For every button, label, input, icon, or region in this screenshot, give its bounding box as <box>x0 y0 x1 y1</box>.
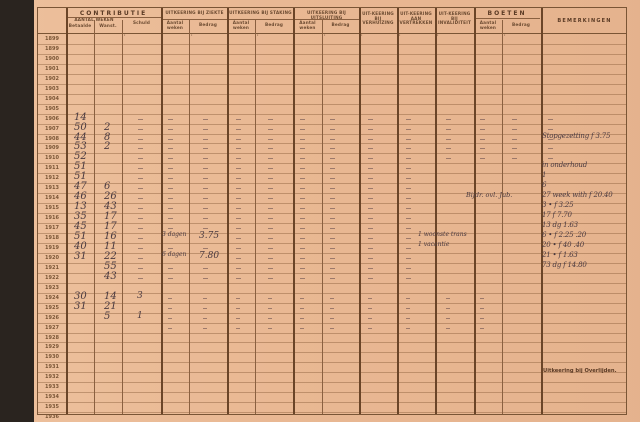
row-rule <box>38 153 626 154</box>
nil-dash <box>236 228 241 229</box>
entry-ziekte-aantal: 6 dagen <box>162 251 186 258</box>
tick-mark: ˈ <box>504 34 506 41</box>
nil-dash <box>330 178 335 179</box>
column-rule <box>161 8 163 414</box>
nil-dash <box>446 158 451 159</box>
nil-dash <box>138 238 143 239</box>
nil-dash <box>138 139 143 140</box>
year-label: 1920 <box>38 255 66 261</box>
nil-dash <box>268 188 273 189</box>
nil-dash <box>236 208 241 209</box>
row-rule <box>38 263 626 264</box>
row-rule <box>38 412 626 413</box>
row-rule <box>38 342 626 343</box>
nil-dash <box>330 218 335 219</box>
row-rule <box>38 124 626 125</box>
year-label: 1918 <box>38 235 66 241</box>
row-rule <box>38 163 626 164</box>
nil-dash <box>406 328 410 329</box>
column-rule <box>293 8 295 414</box>
nil-dash <box>330 268 335 269</box>
year-label: 1910 <box>38 155 66 161</box>
nil-dash <box>168 228 173 229</box>
nil-dash <box>138 158 143 159</box>
nil-dash <box>236 238 241 239</box>
column-rule <box>122 20 123 414</box>
row-rule <box>38 273 626 274</box>
nil-dash <box>268 318 272 319</box>
entry-wanst: 2 <box>104 141 110 152</box>
nil-dash <box>406 218 411 219</box>
year-label: 1903 <box>38 86 66 92</box>
entry-wanst: 5 <box>104 311 110 322</box>
nil-dash <box>300 238 305 239</box>
header-ziekte-aantal: Aantal weken <box>161 21 189 30</box>
nil-dash <box>368 158 373 159</box>
nil-dash <box>300 268 305 269</box>
nil-dash <box>268 218 273 219</box>
entry-schuld: 1 <box>137 311 143 321</box>
row-rule <box>38 44 626 45</box>
row-rule <box>38 313 626 314</box>
year-label: 1919 <box>38 245 66 251</box>
nil-dash <box>406 178 411 179</box>
nil-dash <box>300 278 305 279</box>
nil-dash <box>168 298 172 299</box>
row-rule <box>38 243 626 244</box>
nil-dash <box>406 129 411 130</box>
year-label: 1932 <box>38 374 66 380</box>
year-label: 1899 <box>38 36 66 42</box>
year-label: 1925 <box>38 305 66 311</box>
year-label: 1915 <box>38 205 66 211</box>
nil-dash <box>203 129 208 130</box>
nil-dash <box>368 218 373 219</box>
ledger-table: CONTRIBUTIE AANTAL WEKEN Betaalde Wanst.… <box>37 7 627 415</box>
nil-dash <box>330 188 335 189</box>
nil-dash <box>203 218 208 219</box>
row-rule <box>38 402 626 403</box>
rule <box>161 19 227 20</box>
nil-dash <box>268 258 273 259</box>
year-label: 1914 <box>38 195 66 201</box>
nil-dash <box>168 168 173 169</box>
nil-dash <box>168 198 173 199</box>
year-label: 1912 <box>38 175 66 181</box>
nil-dash <box>168 218 173 219</box>
nil-dash <box>236 318 240 319</box>
nil-dash <box>368 318 372 319</box>
nil-dash <box>300 129 305 130</box>
nil-dash <box>446 148 451 149</box>
row-rule <box>38 303 626 304</box>
nil-dash <box>268 228 273 229</box>
nil-dash <box>236 248 241 249</box>
nil-dash <box>203 148 208 149</box>
nil-dash <box>203 228 208 229</box>
entry-bemerkingen: 20 • f 40 .40 <box>542 241 584 249</box>
nil-dash <box>268 198 273 199</box>
nil-dash <box>368 228 373 229</box>
nil-dash <box>138 148 143 149</box>
nil-dash <box>300 248 305 249</box>
nil-dash <box>268 119 273 120</box>
nil-dash <box>268 308 272 309</box>
nil-dash <box>548 129 553 130</box>
nil-dash <box>203 268 208 269</box>
year-label: 1930 <box>38 354 66 360</box>
row-rule <box>38 283 626 284</box>
nil-dash <box>268 278 273 279</box>
entry-bemerkingen: 6 <box>542 181 546 189</box>
nil-dash <box>168 248 173 249</box>
nil-dash <box>236 139 241 140</box>
header-staking-bedrag: Bedrag <box>255 23 293 28</box>
nil-dash <box>406 168 411 169</box>
nil-dash <box>236 258 241 259</box>
entry-betaalde: 31 <box>74 301 87 312</box>
tick-mark: ˈ <box>191 34 193 41</box>
row-rule <box>38 382 626 383</box>
nil-dash <box>203 328 207 329</box>
nil-dash <box>330 168 335 169</box>
nil-dash <box>300 258 305 259</box>
nil-dash <box>368 178 373 179</box>
entry-bemerkingen: 6 • f 2.25 .20 <box>542 231 586 239</box>
nil-dash <box>480 308 484 309</box>
row-rule <box>38 104 626 105</box>
nil-dash <box>446 139 451 140</box>
nil-dash <box>300 308 304 309</box>
nil-dash <box>512 158 517 159</box>
nil-dash <box>236 168 241 169</box>
row-rule <box>38 213 626 214</box>
nil-dash <box>406 258 411 259</box>
nil-dash <box>236 148 241 149</box>
column-rule <box>66 8 68 414</box>
row-rule <box>38 84 626 85</box>
nil-dash <box>138 248 143 249</box>
year-label: 1921 <box>38 265 66 271</box>
nil-dash <box>138 198 143 199</box>
entry-bemerkingen: 17 f 7.70 <box>542 211 572 219</box>
year-label: 1900 <box>38 56 66 62</box>
nil-dash <box>330 248 335 249</box>
header-wanst: Wanst. <box>94 24 122 29</box>
entry-ziekte-bedrag: 7.80 <box>199 251 219 261</box>
nil-dash <box>406 139 411 140</box>
nil-dash <box>406 148 411 149</box>
nil-dash <box>406 278 411 279</box>
nil-dash <box>168 268 173 269</box>
nil-dash <box>138 129 143 130</box>
year-label: 1928 <box>38 335 66 341</box>
year-label: 1905 <box>38 106 66 112</box>
nil-dash <box>330 139 335 140</box>
nil-dash <box>236 278 241 279</box>
nil-dash <box>203 139 208 140</box>
entry-vertrek-note: 1 vacantie <box>418 241 449 248</box>
nil-dash <box>406 268 411 269</box>
year-label: 1936 <box>38 414 66 420</box>
entry-ziekte-bedrag: 3.75 <box>199 231 219 241</box>
nil-dash <box>138 119 143 120</box>
nil-dash <box>406 308 410 309</box>
nil-dash <box>300 158 305 159</box>
year-label: 1922 <box>38 275 66 281</box>
row-rule <box>38 54 626 55</box>
nil-dash <box>300 139 305 140</box>
nil-dash <box>330 119 335 120</box>
row-rule <box>38 143 626 144</box>
nil-dash <box>168 278 173 279</box>
entry-bemerkingen: 73 dg f 14.80 <box>542 261 587 269</box>
nil-dash <box>236 129 241 130</box>
nil-dash <box>268 248 273 249</box>
year-label: 1906 <box>38 116 66 122</box>
entry-bemerkingen: 27 week with f 20.40 <box>542 191 613 199</box>
year-label: 1916 <box>38 215 66 221</box>
nil-dash <box>168 188 173 189</box>
nil-dash <box>138 258 143 259</box>
nil-dash <box>406 248 411 249</box>
nil-dash <box>446 328 450 329</box>
nil-dash <box>300 228 305 229</box>
nil-dash <box>138 178 143 179</box>
nil-dash <box>168 129 173 130</box>
nil-dash <box>203 278 208 279</box>
nil-dash <box>330 318 334 319</box>
nil-dash <box>203 178 208 179</box>
row-rule <box>38 64 626 65</box>
nil-dash <box>203 168 208 169</box>
year-label: 1913 <box>38 185 66 191</box>
rule <box>293 19 359 20</box>
nil-dash <box>406 198 411 199</box>
nil-dash <box>330 328 334 329</box>
nil-dash <box>300 208 305 209</box>
nil-dash <box>406 228 411 229</box>
header-boeten-aantal: Aantal weken <box>474 21 502 30</box>
year-label: 1923 <box>38 285 66 291</box>
header-uitsluiting-aantal: Aantal weken <box>293 21 322 30</box>
header-staking-aantal: Aantal weken <box>227 21 255 30</box>
nil-dash <box>268 129 273 130</box>
year-label: 1917 <box>38 225 66 231</box>
nil-dash <box>203 188 208 189</box>
nil-dash <box>236 158 241 159</box>
tick-mark: ˈ <box>324 34 326 41</box>
row-rule <box>38 203 626 204</box>
nil-dash <box>368 168 373 169</box>
row-rule <box>38 173 626 174</box>
year-label: 1908 <box>38 136 66 142</box>
nil-dash <box>300 188 305 189</box>
header-verhuizing: UIT-KEERING BIJ VERHUIZING <box>360 12 396 26</box>
nil-dash <box>368 248 373 249</box>
nil-dash <box>203 198 208 199</box>
year-label: 1907 <box>38 126 66 132</box>
nil-dash <box>368 328 372 329</box>
row-rule <box>38 193 626 194</box>
nil-dash <box>368 129 373 130</box>
nil-dash <box>268 328 272 329</box>
nil-dash <box>300 148 305 149</box>
nil-dash <box>368 238 373 239</box>
header-bottom-rule <box>38 33 626 34</box>
nil-dash <box>330 129 335 130</box>
nil-dash <box>236 268 241 269</box>
nil-dash <box>480 328 484 329</box>
nil-dash <box>512 119 517 120</box>
nil-dash <box>300 119 305 120</box>
nil-dash <box>300 178 305 179</box>
entry-wanst: 43 <box>104 271 117 282</box>
nil-dash <box>168 318 172 319</box>
nil-dash <box>368 188 373 189</box>
nil-dash <box>406 298 410 299</box>
nil-dash <box>330 158 335 159</box>
nil-dash <box>300 198 305 199</box>
nil-dash <box>330 298 334 299</box>
nil-dash <box>480 298 484 299</box>
year-label: 1904 <box>38 96 66 102</box>
row-rule <box>38 362 626 363</box>
year-label: 1931 <box>38 364 66 370</box>
nil-dash <box>480 139 485 140</box>
header-uitsluiting-bedrag: Bedrag <box>322 23 359 28</box>
nil-dash <box>203 318 207 319</box>
nil-dash <box>548 119 553 120</box>
entry-ziekte-aantal: 3 dagen <box>162 231 186 238</box>
year-label: 1933 <box>38 384 66 390</box>
nil-dash <box>300 328 304 329</box>
nil-dash <box>300 168 305 169</box>
nil-dash <box>203 298 207 299</box>
nil-dash <box>368 278 373 279</box>
column-rule <box>94 20 95 414</box>
nil-dash <box>406 238 411 239</box>
nil-dash <box>268 158 273 159</box>
nil-dash <box>480 148 485 149</box>
row-rule <box>38 253 626 254</box>
nil-dash <box>512 148 517 149</box>
year-label: 1909 <box>38 145 66 151</box>
nil-dash <box>203 248 208 249</box>
nil-dash <box>236 328 240 329</box>
entry-bemerkingen: 21 • f 1.63 <box>542 251 578 259</box>
nil-dash <box>548 139 553 140</box>
column-rule <box>474 8 476 414</box>
nil-dash <box>168 158 173 159</box>
nil-dash <box>368 308 372 309</box>
year-label: 1935 <box>38 404 66 410</box>
header-ziekte-bedrag: Bedrag <box>189 23 227 28</box>
nil-dash <box>330 208 335 209</box>
nil-dash <box>406 208 411 209</box>
entry-invaliditeit-note: Bijdr. ovl. Jub. <box>466 191 512 199</box>
year-label: 1911 <box>38 165 66 171</box>
nil-dash <box>330 228 335 229</box>
nil-dash <box>406 158 411 159</box>
row-rule <box>38 94 626 95</box>
year-label: 1927 <box>38 325 66 331</box>
rule <box>66 17 161 18</box>
year-label: 1901 <box>38 66 66 72</box>
nil-dash <box>236 178 241 179</box>
nil-dash <box>480 129 485 130</box>
nil-dash <box>368 298 372 299</box>
year-label: 1926 <box>38 315 66 321</box>
row-rule <box>38 223 626 224</box>
nil-dash <box>330 278 335 279</box>
nil-dash <box>268 148 273 149</box>
nil-dash <box>300 218 305 219</box>
tick-mark: ˈ <box>399 34 401 41</box>
nil-dash <box>268 298 272 299</box>
tick-mark: ˈ <box>437 34 439 41</box>
nil-dash <box>168 308 172 309</box>
nil-dash <box>480 318 484 319</box>
column-rule <box>502 20 503 414</box>
nil-dash <box>138 268 143 269</box>
nil-dash <box>268 139 273 140</box>
header-staking: UITKEERING BIJ STAKING <box>228 11 293 16</box>
column-rule <box>189 20 190 414</box>
nil-dash <box>446 119 451 120</box>
nil-dash <box>268 168 273 169</box>
year-label: 1929 <box>38 344 66 350</box>
row-rule <box>38 352 626 353</box>
nil-dash <box>203 308 207 309</box>
column-rule <box>255 20 256 414</box>
nil-dash <box>368 139 373 140</box>
year-label: 1902 <box>38 76 66 82</box>
entry-bemerkingen: 3 • f 3.25 <box>542 201 573 209</box>
nil-dash <box>236 188 241 189</box>
nil-dash <box>236 198 241 199</box>
header-invaliditeit: UIT-KEERING BIJ INVALIDITEIT <box>436 12 473 26</box>
header-schuld: Schuld <box>122 21 161 26</box>
entry-betaalde: 31 <box>74 251 87 262</box>
row-rule <box>38 323 626 324</box>
nil-dash <box>330 308 334 309</box>
nil-dash <box>203 158 208 159</box>
nil-dash <box>368 119 373 120</box>
nil-dash <box>446 318 450 319</box>
tick-mark: ˈ <box>361 34 363 41</box>
row-rule <box>38 183 626 184</box>
nil-dash <box>368 198 373 199</box>
header-bemerkingen: BEMERKINGEN <box>541 18 628 25</box>
header-boeten-bedrag: Bedrag <box>502 23 540 28</box>
nil-dash <box>138 188 143 189</box>
nil-dash <box>138 228 143 229</box>
column-rule <box>227 8 229 414</box>
nil-dash <box>406 318 410 319</box>
row-rule <box>38 333 626 334</box>
nil-dash <box>236 119 241 120</box>
column-rule <box>359 8 361 414</box>
nil-dash <box>330 198 335 199</box>
nil-dash <box>268 238 273 239</box>
nil-dash <box>368 148 373 149</box>
row-rule <box>38 392 626 393</box>
nil-dash <box>548 148 553 149</box>
nil-dash <box>268 268 273 269</box>
nil-dash <box>203 208 208 209</box>
header-ziekte: UITKEERING BIJ ZIEKTE <box>162 11 227 16</box>
